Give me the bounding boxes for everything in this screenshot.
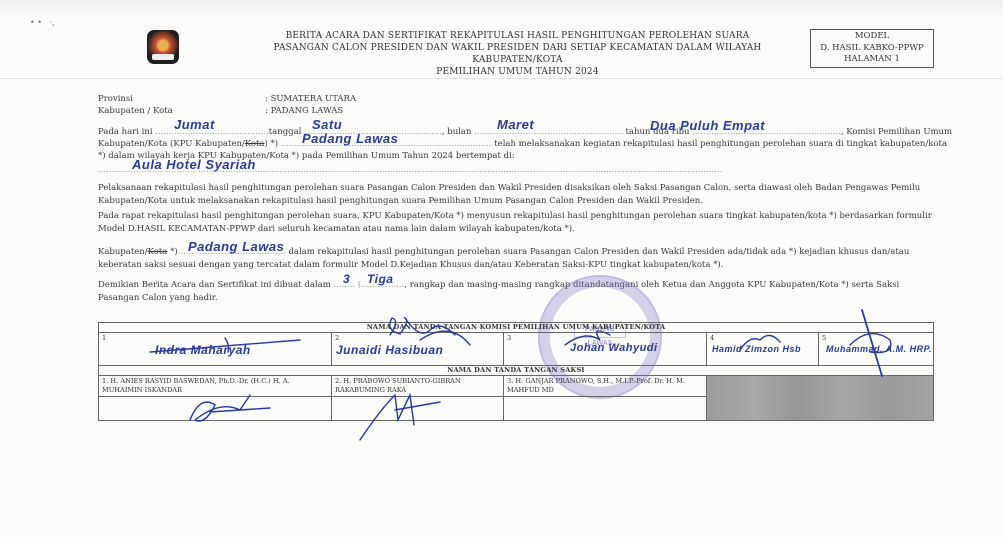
redacted-area [707, 376, 934, 421]
hari-fill: Jumat [174, 117, 215, 132]
scan-edge [0, 0, 1003, 16]
member-name-5: Muhammad. A.M. HRP. [826, 344, 932, 354]
p3-prefix: Kabupaten/ [98, 247, 148, 257]
document-title: BERITA ACARA DAN SERTIFIKAT REKAPITULASI… [240, 30, 795, 78]
witness-name-2: 2. H. PRABOWO SUBIANTO-GIBRAN RAKABUMING… [332, 376, 504, 397]
member-name-1: Indra Maharyah [155, 343, 251, 357]
komisi-header: NAMA DAN TANDA TANGAN KOMISI PEMILIHAN U… [99, 323, 934, 333]
bulan-fill: Maret [497, 117, 534, 132]
paragraph-1: Pelaksanaan rekapitulasi hasil penghitun… [98, 182, 938, 207]
kabupaten-label: Kabupaten / Kota [98, 106, 173, 117]
telah-text: telah melaksanakan kegiatan rekapitulasi… [494, 139, 947, 149]
p3-struck: Kota [148, 247, 168, 257]
saksi-header: NAMA DAN TANDA TANGAN SAKSI [99, 366, 934, 376]
provinsi-label: Provinsi [98, 94, 133, 105]
member-no: 1 [102, 334, 106, 342]
member-no: 3 [507, 334, 511, 342]
p4-prefix: Demikian Berita Acara dan Sertifikat ini… [98, 280, 331, 290]
hari-label: Pada hari ini [98, 127, 153, 137]
page-number: HALAMAN 1 [811, 54, 933, 66]
witness-sig-3 [504, 397, 707, 421]
copies-number: 3 [343, 272, 350, 286]
bulan-label: bulan [447, 127, 471, 137]
signature-table: NAMA DAN TANDA TANGAN KOMISI PEMILIHAN U… [98, 322, 934, 421]
kab-kota-text: Kabupaten/Kota (KPU Kabupaten/ [98, 139, 245, 149]
member-name-4: Hamid Zimzon Hsb [712, 344, 801, 354]
witness-sig-1 [99, 397, 332, 421]
provinsi-value: : SUMATERA UTARA [265, 94, 356, 105]
title-line-3: PEMILIHAN UMUM TAHUN 2024 [240, 66, 795, 78]
p3-after: *) [167, 247, 177, 257]
model-label: MODEL [811, 31, 933, 43]
tahun-fill: Dua Puluh Empat [650, 118, 765, 133]
title-line-1: BERITA ACARA DAN SERTIFIKAT REKAPITULASI… [240, 30, 795, 42]
member-no: 2 [335, 334, 339, 342]
witness-name-3: 3. H. GANJAR PRANOWO, S.H., M.I.P.-Prof.… [504, 376, 707, 397]
tempat-fill: Aula Hotel Syariah [132, 157, 256, 172]
komisi-text: , Komisi Pemilihan Umum [841, 127, 952, 137]
divider [0, 78, 1003, 79]
paragraph-4: Demikian Berita Acara dan Sertifikat ini… [98, 279, 938, 304]
kab-after: ) *) [265, 139, 279, 149]
kota-struck: Kota [245, 139, 265, 149]
scan-specks: • • ·, [30, 18, 55, 27]
kabupaten-fill: Padang Lawas [302, 131, 398, 146]
model-box: MODEL D. HASIL KABKO-PPWP HALAMAN 1 [810, 29, 934, 68]
member-name-3: Johan Wahyudi [570, 342, 658, 354]
witness-sig-2 [332, 397, 504, 421]
member-no: 5 [822, 334, 826, 342]
tanggal-label: tanggal [269, 127, 302, 137]
member-no: 4 [710, 334, 714, 342]
tanggal-fill: Satu [312, 117, 342, 132]
kabupaten-value: : PADANG LAWAS [265, 106, 343, 117]
kpu-logo-icon [147, 30, 179, 64]
member-name-2: Junaidi Hasibuan [336, 343, 443, 357]
witness-name-1: 1. H. ANIES RASYID BASWEDAN, Ph.D.-Dr. (… [99, 376, 332, 397]
opening-line-2: Kabupaten/Kota (KPU Kabupaten/Kota) *) .… [98, 139, 947, 150]
title-line-2: PASANGAN CALON PRESIDEN DAN WAKIL PRESID… [240, 42, 795, 66]
copies-words: Tiga [367, 272, 393, 286]
paragraph-2: Pada rapat rekapitulasi hasil penghitung… [98, 210, 938, 235]
model-code: D. HASIL KABKO-PPWP [811, 43, 933, 55]
p3-fill: Padang Lawas [188, 239, 284, 254]
